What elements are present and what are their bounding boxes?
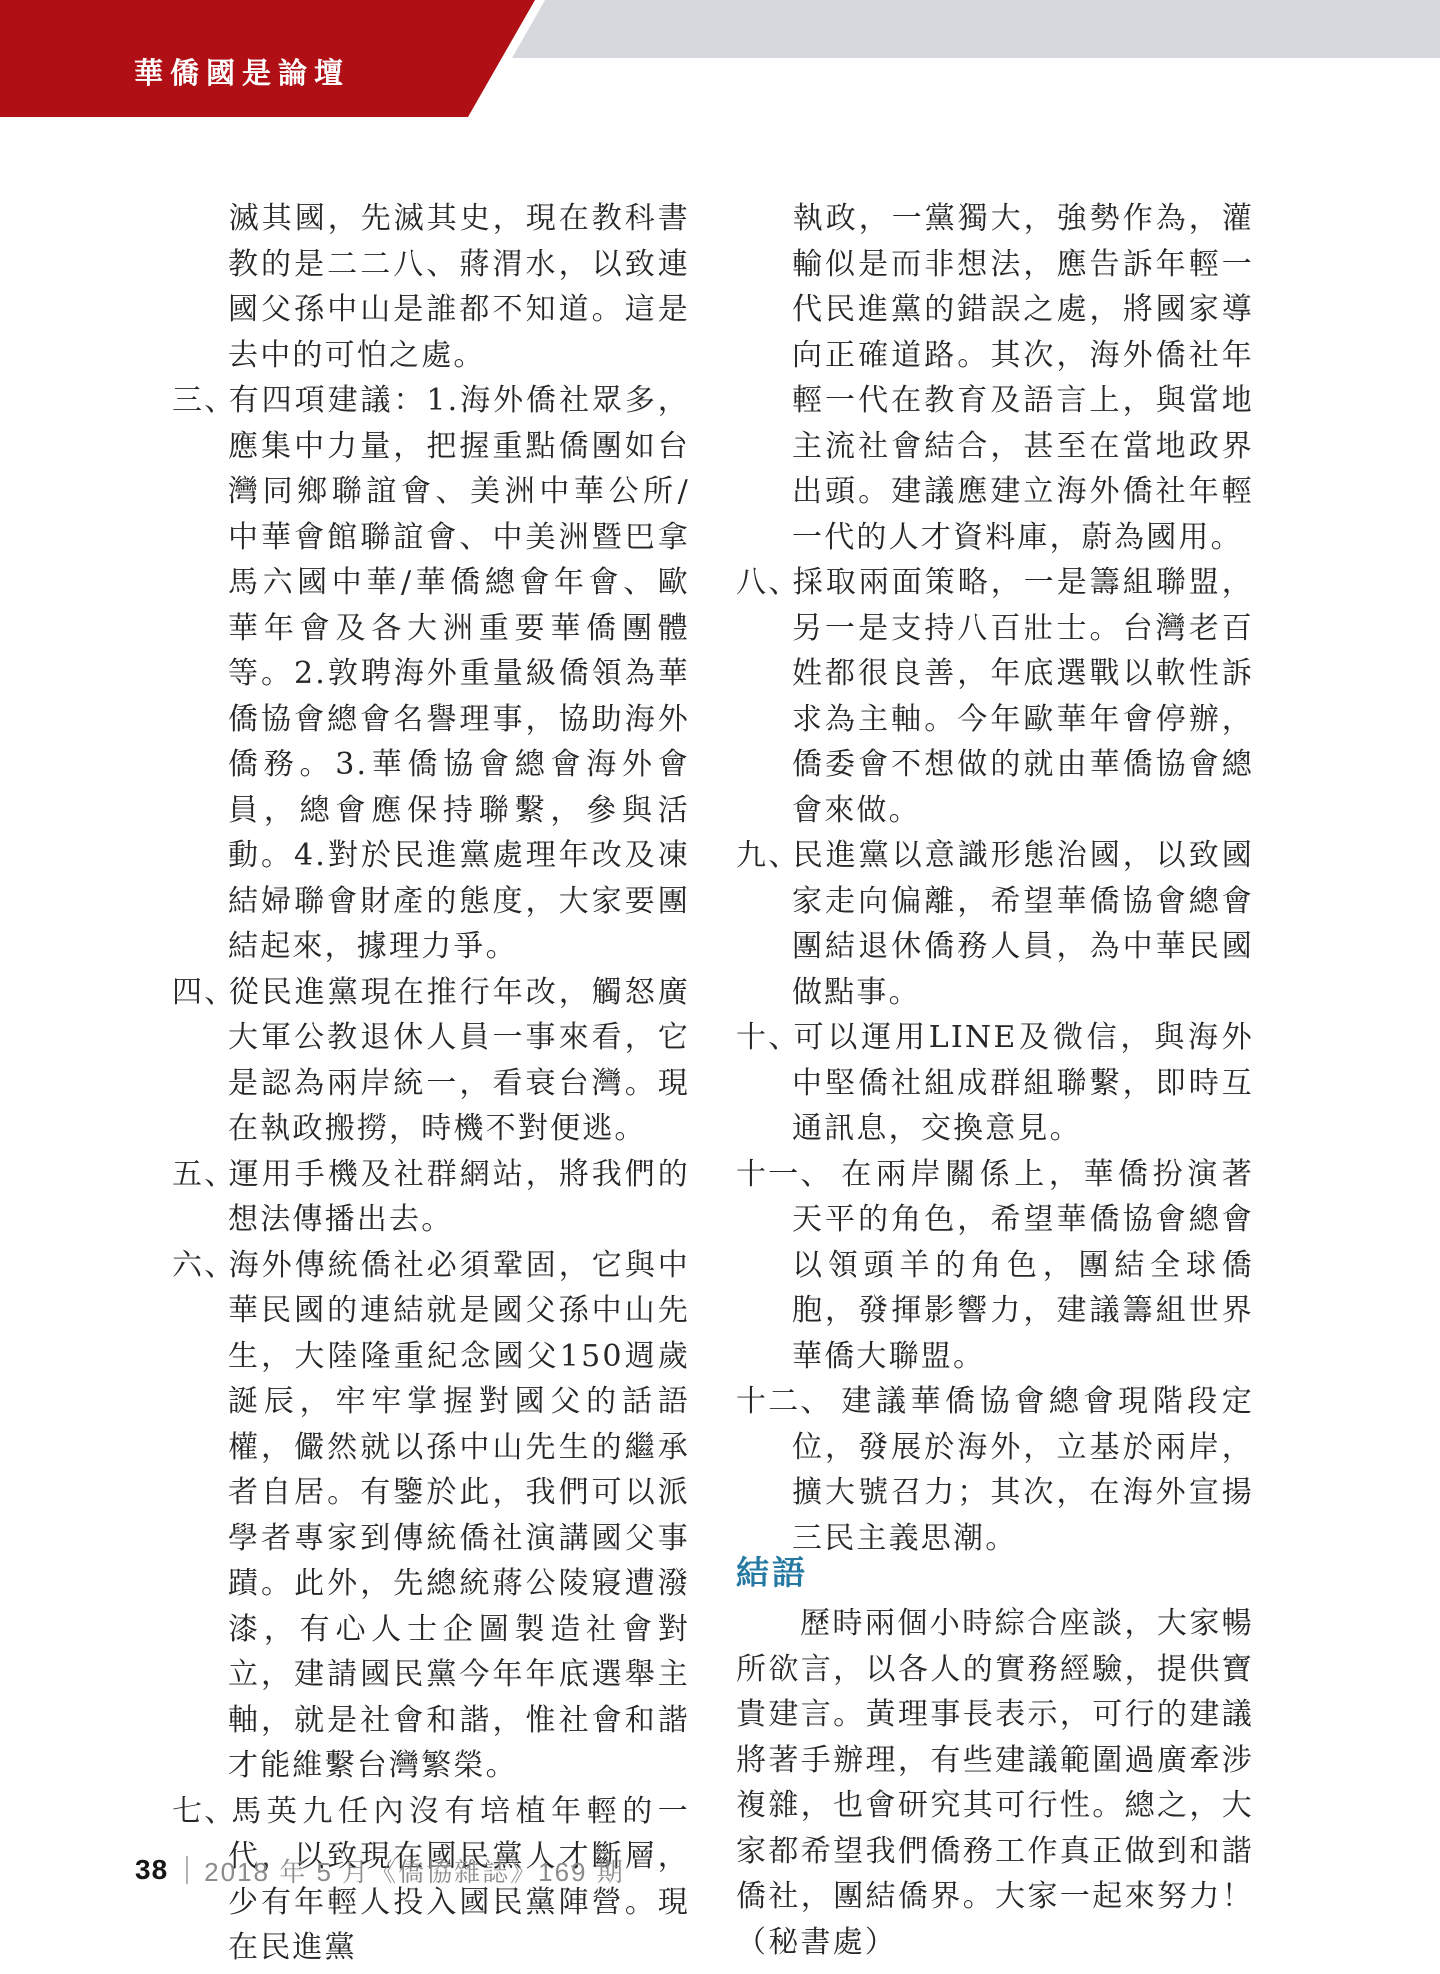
numbered-item: 十一、在兩岸關係上，華僑扮演著天平的角色，希望華僑協會總會以領頭羊的角色，團結全… — [736, 1152, 1254, 1380]
numbered-item: 八、採取兩面策略，一是籌組聯盟，另一是支持八百壯士。台灣老百姓都很良善，年底選戰… — [736, 560, 1254, 833]
item-number: 七、 — [172, 1789, 228, 1835]
item-number: 四、 — [172, 970, 228, 1016]
footer-divider — [186, 1856, 188, 1884]
item-number: 三、 — [172, 378, 228, 424]
item-number: 十二、 — [736, 1379, 839, 1425]
numbered-item: 九、民進黨以意識形態治國，以致國家走向偏離，希望華僑協會總會團結退休僑務人員，為… — [736, 833, 1254, 1015]
item-text: 可以運用LINE及微信，與海外中堅僑社組成群組聯繫，即時互通訊息，交換意見。 — [792, 1020, 1254, 1146]
item-number: 六、 — [172, 1243, 228, 1289]
item-text: 執政，一黨獨大，強勢作為，灌輸似是而非想法，應告訴年輕一代民進黨的錯誤之處，將國… — [792, 201, 1254, 555]
item-text: 在兩岸關係上，華僑扮演著天平的角色，希望華僑協會總會以領頭羊的角色，團結全球僑胞… — [792, 1157, 1254, 1374]
page-number: 38 — [135, 1854, 168, 1886]
item-text: 建議華僑協會總會現階段定位，發展於海外，立基於兩岸，擴大號召力；其次，在海外宣揚… — [792, 1384, 1254, 1556]
item-text: 滅其國，先滅其史，現在教科書教的是二二八、蔣渭水，以致連國父孫中山是誰都不知道。… — [228, 201, 690, 373]
conclusion-paragraph: 歷時兩個小時綜合座談，大家暢所欲言，以各人的實務經驗，提供寶貴建言。黃理事長表示… — [736, 1601, 1254, 1965]
item-number: 九、 — [736, 833, 792, 879]
item-text: 採取兩面策略，一是籌組聯盟，另一是支持八百壯士。台灣老百姓都很良善，年底選戰以軟… — [792, 565, 1254, 828]
item-number: 八、 — [736, 560, 792, 606]
magazine-page: 華僑國是論壇 滅其國，先滅其史，現在教科書教的是二二八、蔣渭水，以致連國父孫中山… — [0, 0, 1440, 1974]
page-footer: 38 2018 年 5 月《僑協雜誌》169 期 — [135, 1852, 625, 1888]
numbered-item: 滅其國，先滅其史，現在教科書教的是二二八、蔣渭水，以致連國父孫中山是誰都不知道。… — [172, 196, 690, 378]
section-banner-title: 華僑國是論壇 — [134, 58, 350, 90]
item-number: 五、 — [172, 1152, 228, 1198]
item-text: 運用手機及社群網站，將我們的想法傳播出去。 — [228, 1157, 690, 1238]
numbered-item: 十二、建議華僑協會總會現階段定位，發展於海外，立基於兩岸，擴大號召力；其次，在海… — [736, 1379, 1254, 1561]
numbered-item: 執政，一黨獨大，強勢作為，灌輸似是而非想法，應告訴年輕一代民進黨的錯誤之處，將國… — [736, 196, 1254, 560]
numbered-item: 四、從民進黨現在推行年改，觸怒廣大軍公教退休人員一事來看，它是認為兩岸統一，看衰… — [172, 970, 690, 1152]
issue-info: 2018 年 5 月《僑協雜誌》169 期 — [204, 1852, 625, 1889]
item-number: 十、 — [736, 1015, 792, 1061]
item-text: 民進黨以意識形態治國，以致國家走向偏離，希望華僑協會總會團結退休僑務人員，為中華… — [792, 838, 1254, 1010]
item-number: 十一、 — [736, 1152, 839, 1198]
numbered-item: 五、運用手機及社群網站，將我們的想法傳播出去。 — [172, 1152, 690, 1243]
item-text: 有四項建議：1.海外僑社眾多，應集中力量，把握重點僑團如台灣同鄉聯誼會、美洲中華… — [228, 383, 690, 964]
numbered-item: 六、海外傳統僑社必須鞏固，它與中華民國的連結就是國父孫中山先生，大陸隆重紀念國父… — [172, 1243, 690, 1789]
left-text-column: 滅其國，先滅其史，現在教科書教的是二二八、蔣渭水，以致連國父孫中山是誰都不知道。… — [172, 196, 690, 1971]
right-text-column: 執政，一黨獨大，強勢作為，灌輸似是而非想法，應告訴年輕一代民進黨的錯誤之處，將國… — [736, 196, 1254, 1965]
item-text: 從民進黨現在推行年改，觸怒廣大軍公教退休人員一事來看，它是認為兩岸統一，看衰台灣… — [228, 975, 690, 1147]
numbered-item: 十、可以運用LINE及微信，與海外中堅僑社組成群組聯繫，即時互通訊息，交換意見。 — [736, 1015, 1254, 1152]
item-text: 海外傳統僑社必須鞏固，它與中華民國的連結就是國父孫中山先生，大陸隆重紀念國父15… — [228, 1248, 690, 1784]
numbered-item: 三、有四項建議：1.海外僑社眾多，應集中力量，把握重點僑團如台灣同鄉聯誼會、美洲… — [172, 378, 690, 970]
